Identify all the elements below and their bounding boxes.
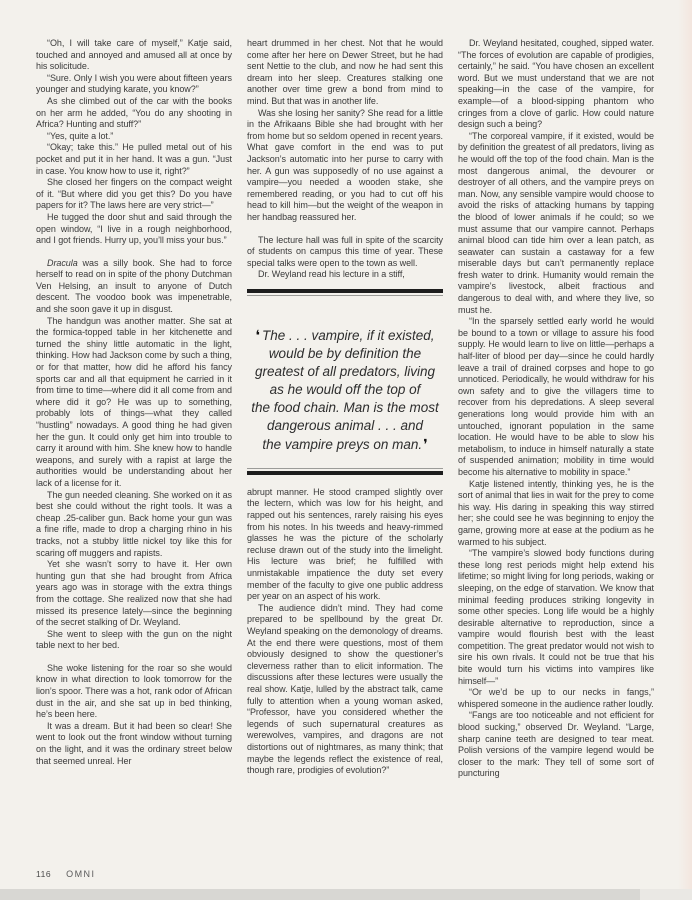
paragraph: “Yes, quite a lot.” xyxy=(36,131,232,143)
text-column-3: Dr. Weyland hesitated, coughed, sipped w… xyxy=(458,38,654,874)
paragraph: “Okay; take this.” He pulled metal out o… xyxy=(36,142,232,177)
paragraph: Katje listened intently, thinking yes, h… xyxy=(458,479,654,549)
paragraph: The lecture hall was full in spite of th… xyxy=(247,235,443,270)
paragraph: “Sure. Only I wish you were about fiftee… xyxy=(36,73,232,96)
paragraph: She woke listening for the roar so she w… xyxy=(36,663,232,721)
scan-edge-band xyxy=(0,889,692,900)
paragraph: “Oh, I will take care of myself,” Katje … xyxy=(36,38,232,73)
paragraph: She went to sleep with the gun on the ni… xyxy=(36,629,232,652)
paragraph: Dracula was a silly book. She had to for… xyxy=(36,258,232,316)
text-column-1: “Oh, I will take care of myself,” Katje … xyxy=(36,38,232,874)
paragraph: Was she losing her sanity? She read for … xyxy=(247,108,443,224)
paragraph: “In the sparsely settled early world he … xyxy=(458,316,654,478)
paragraph: The handgun was another matter. She sat … xyxy=(36,316,232,490)
open-quote-ornament-icon: ❛ xyxy=(255,327,260,343)
paragraph: She closed her fingers on the compact we… xyxy=(36,177,232,212)
pull-quote: ❛The . . . vampire, if it existed,would … xyxy=(247,289,443,475)
pull-quote-rule-top xyxy=(247,289,443,296)
paragraph: Yet she wasn’t sorry to have it. Her own… xyxy=(36,559,232,629)
paragraph: The audience didn’t mind. They had come … xyxy=(247,603,443,777)
article-columns: “Oh, I will take care of myself,” Katje … xyxy=(36,38,654,874)
paragraph: “The corporeal vampire, if it existed, w… xyxy=(458,131,654,317)
paragraph: “The vampire’s slowed body functions dur… xyxy=(458,548,654,687)
scan-edge-band-light xyxy=(640,889,692,900)
paragraph: abrupt manner. He stood cramped slightly… xyxy=(247,487,443,603)
italic-book-title: Dracula xyxy=(47,258,78,268)
pull-quote-text: ❛The . . . vampire, if it existed,would … xyxy=(247,296,443,468)
paragraph: “Or we’d be up to our necks in fangs,” w… xyxy=(458,687,654,710)
paragraph: “Fangs are too noticeable and not effici… xyxy=(458,710,654,780)
paragraph: The gun needed cleaning. She worked on i… xyxy=(36,490,232,560)
close-quote-ornament-icon: ❜ xyxy=(423,436,428,452)
paragraph: He tugged the door shut and said through… xyxy=(36,212,232,247)
magazine-name: OMNI xyxy=(66,869,96,879)
paragraph: Dr. Weyland hesitated, coughed, sipped w… xyxy=(458,38,654,131)
text-column-2: heart drummed in her chest. Not that he … xyxy=(247,38,443,874)
pull-quote-rule-bottom xyxy=(247,468,443,475)
magazine-page: “Oh, I will take care of myself,” Katje … xyxy=(0,0,692,900)
page-footer: 116 OMNI xyxy=(36,869,96,879)
paragraph: heart drummed in her chest. Not that he … xyxy=(247,38,443,108)
page-number: 116 xyxy=(36,869,51,879)
page-edge-shading xyxy=(678,0,692,900)
paragraph: As she climbed out of the car with the b… xyxy=(36,96,232,131)
paragraph: It was a dream. But it had been so clear… xyxy=(36,721,232,767)
paragraph: Dr. Weyland read his lecture in a stiff, xyxy=(247,269,443,281)
